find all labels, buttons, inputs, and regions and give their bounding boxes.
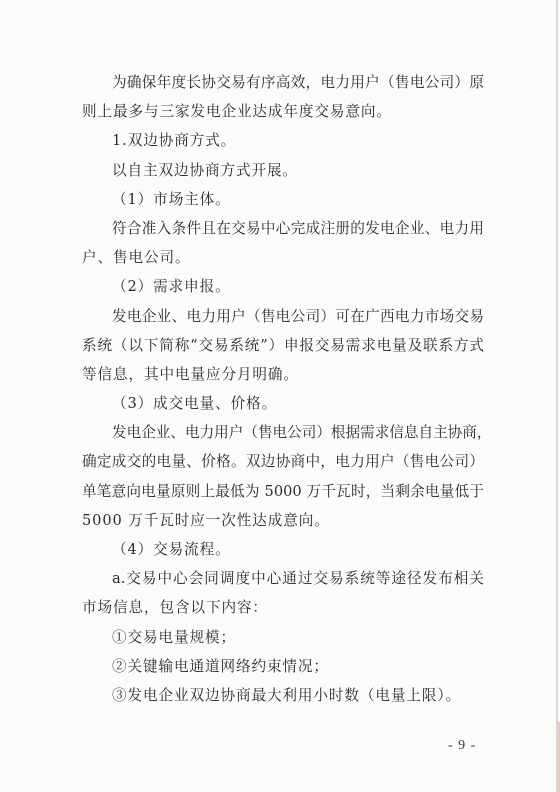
paragraph-line: 市场信息，包含以下内容： (82, 593, 484, 622)
paragraph-line: 等信息，其中电量应分月明确。 (82, 360, 484, 389)
subsection-heading: （1）市场主体。 (82, 185, 484, 214)
paragraph-line: 单笔意向电量原则上最低为 5000 万千瓦时，当剩余电量低于 (82, 477, 484, 506)
section-heading: 1.双边协商方式。 (82, 126, 484, 155)
paragraph-line: 系统（以下简称“交易系统”）申报交易需求电量及联系方式 (82, 331, 484, 360)
paragraph-line: 符合准入条件且在交易中心完成注册的发电企业、电力用 (82, 214, 484, 243)
paragraph-line: 户、售电公司。 (82, 243, 484, 272)
paragraph-line: 发电企业、电力用户（售电公司）可在广西电力市场交易 (82, 302, 484, 331)
paragraph-line: 确定成交的电量、价格。双边协商中，电力用户（售电公司） (82, 447, 484, 476)
paragraph-line: a.交易中心会同调度中心通过交易系统等途径发布相关 (82, 564, 484, 593)
list-item: ③发电企业双边协商最大利用小时数（电量上限）。 (82, 681, 484, 710)
subsection-heading: （2）需求申报。 (82, 272, 484, 301)
paragraph-line: 发电企业、电力用户（售电公司）根据需求信息自主协商， (82, 418, 484, 447)
list-item: ②关键输电通道网络约束情况； (82, 652, 484, 681)
page-number: - 9 - (448, 738, 476, 754)
document-body: 为确保年度长协交易有序高效，电力用户（售电公司）原 则上最多与三家发电企业达成年… (82, 68, 484, 710)
subsection-heading: （4）交易流程。 (82, 535, 484, 564)
list-item: ①交易电量规模； (82, 623, 484, 652)
page-edge (556, 0, 558, 792)
subsection-heading: （3）成交电量、价格。 (82, 389, 484, 418)
paragraph-line: 为确保年度长协交易有序高效，电力用户（售电公司）原 (82, 68, 484, 97)
paragraph-line: 以自主双边协商方式开展。 (82, 156, 484, 185)
paragraph-line: 5000 万千瓦时应一次性达成意向。 (82, 506, 484, 535)
paragraph-line: 则上最多与三家发电企业达成年度交易意向。 (82, 97, 484, 126)
